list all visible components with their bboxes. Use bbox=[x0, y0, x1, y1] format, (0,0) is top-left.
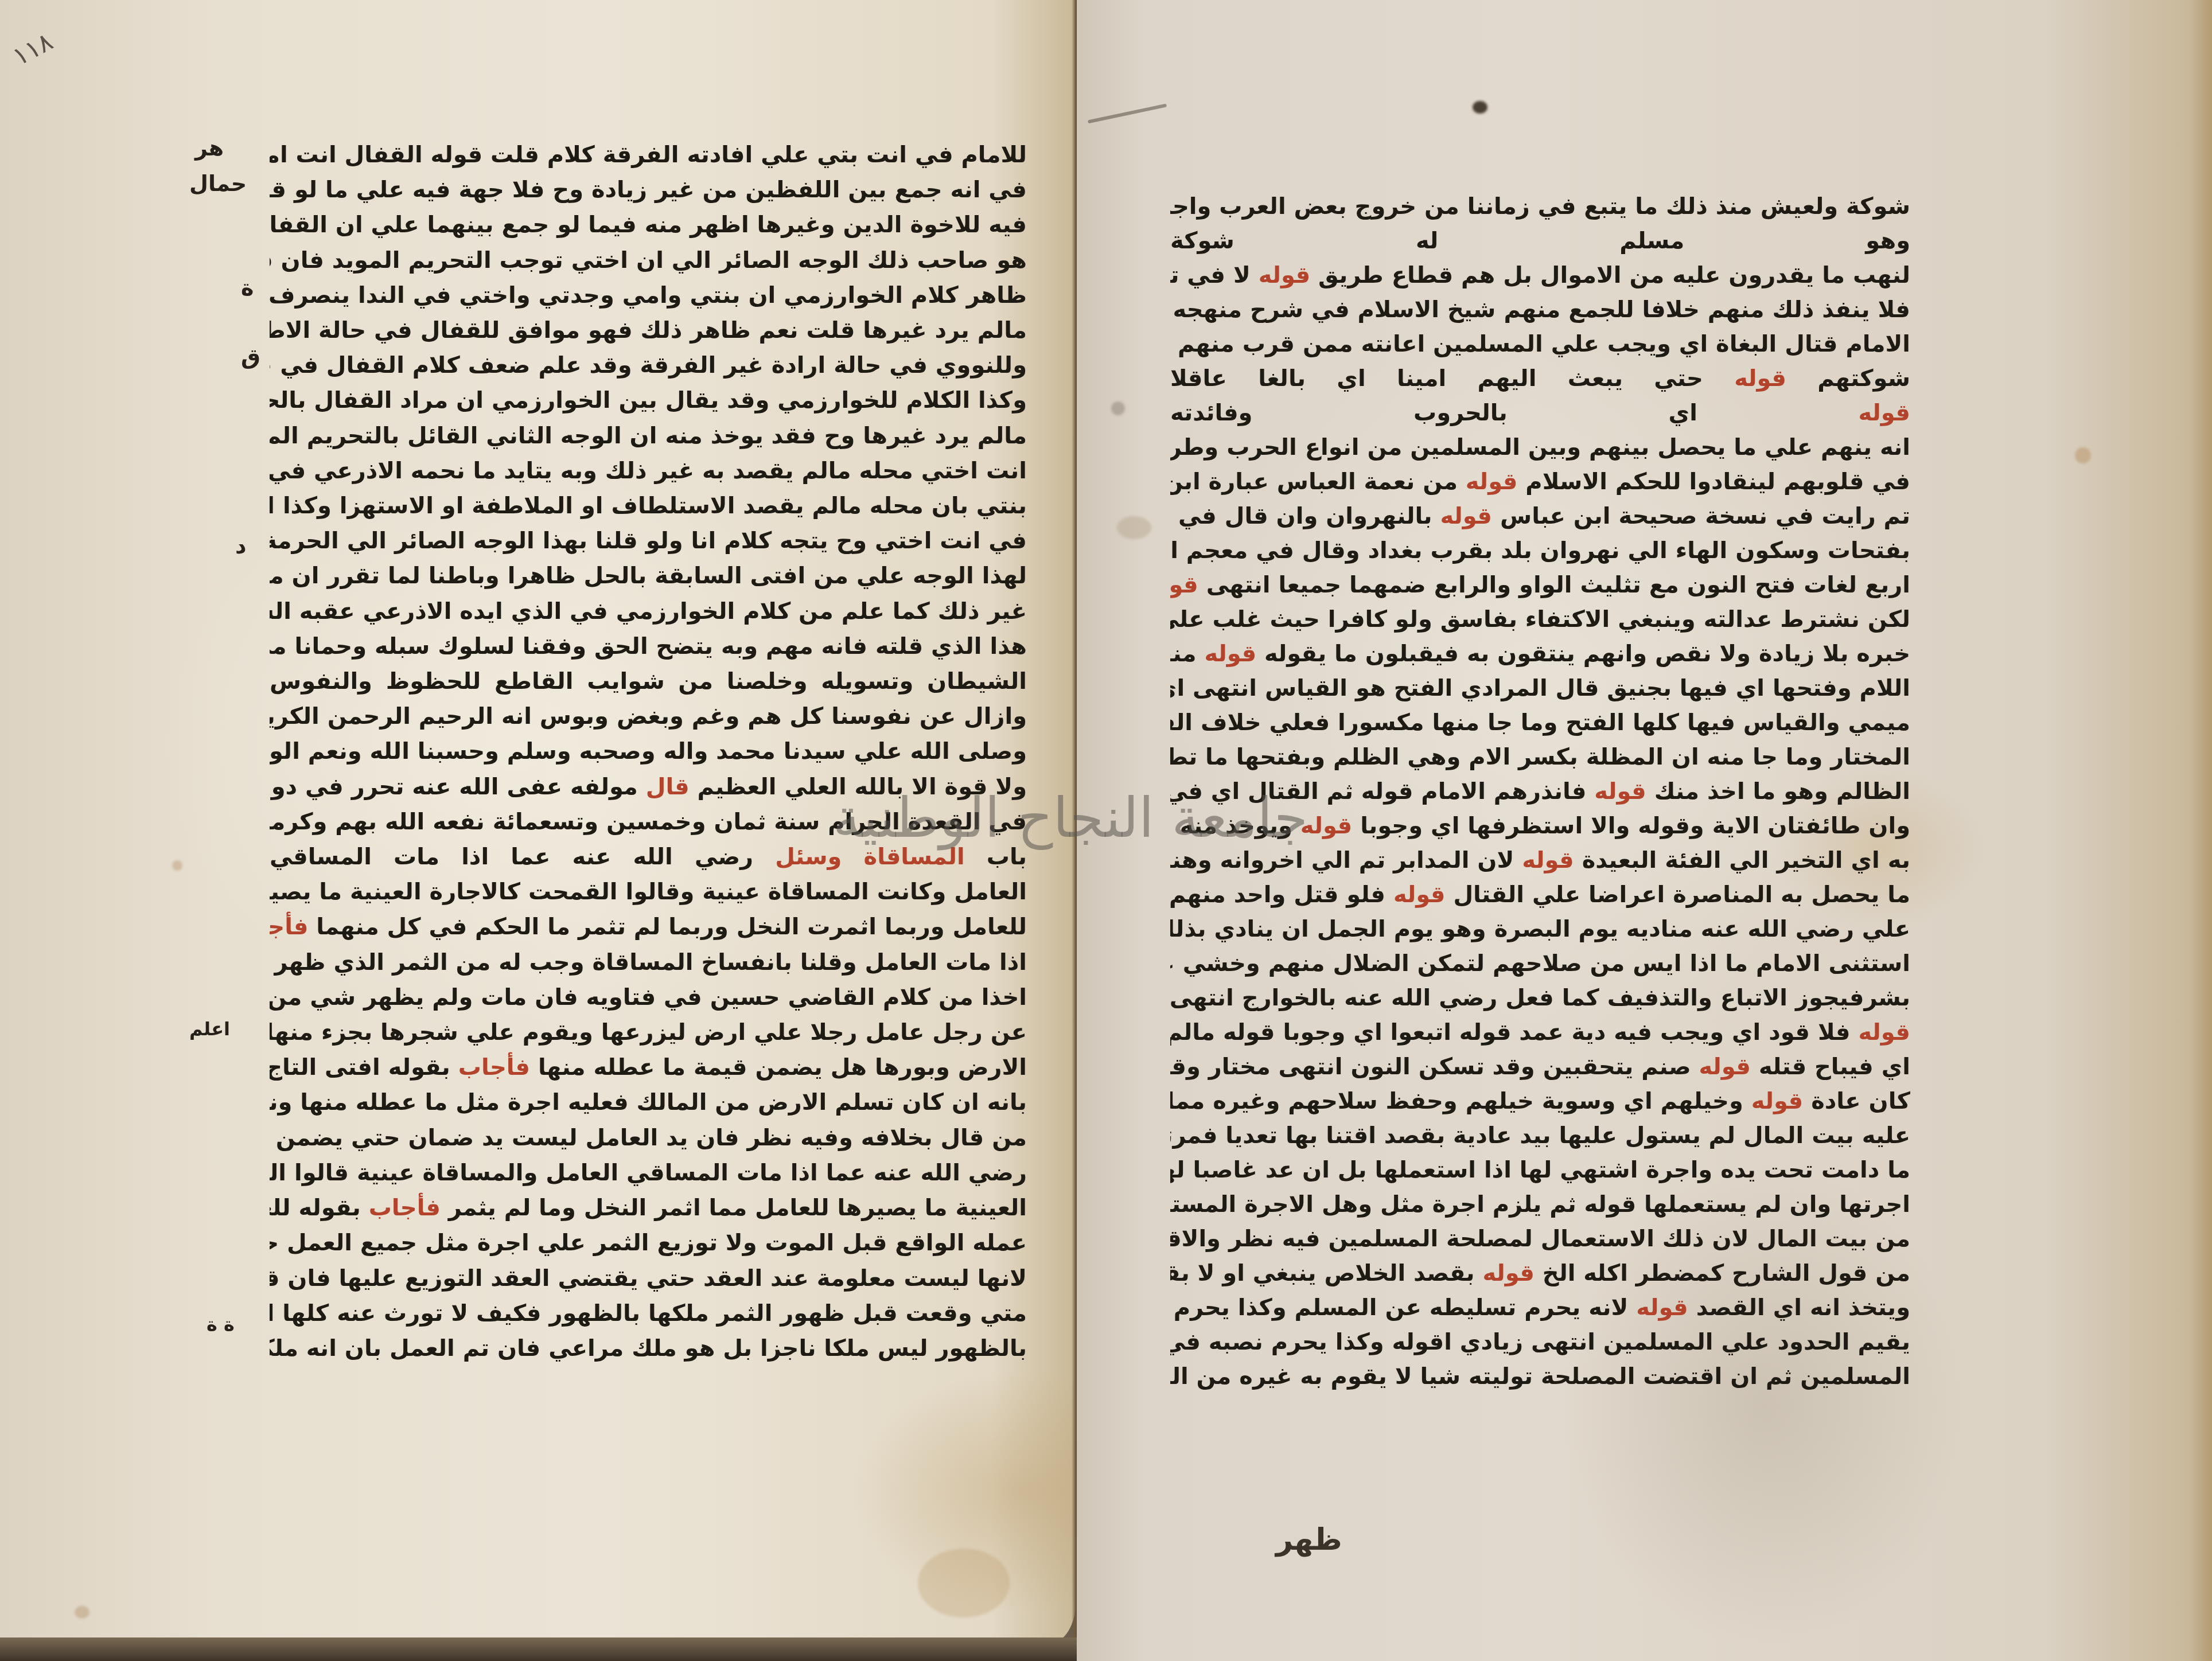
water-stain bbox=[918, 1549, 1010, 1617]
rubric-keyword: قوله bbox=[1743, 1088, 1803, 1114]
manuscript-line: هو صاحب ذلك الوجه الصائر الي ان اختي توج… bbox=[270, 243, 1027, 278]
manuscript-line: مالم يرد غيرها قلت نعم ظاهر ذلك فهو مواف… bbox=[270, 313, 1027, 348]
line-text: اذا مات العامل وقلنا بانفساخ المساقاة وج… bbox=[270, 949, 1027, 976]
margin-note: د bbox=[235, 533, 247, 559]
manuscript-line: شوكة ولعيش منذ ذلك ما يتبع في زماننا من … bbox=[1170, 189, 1910, 224]
rubric-keyword: قوله bbox=[1703, 365, 1786, 392]
verso-marker: ظهر bbox=[1276, 1523, 1342, 1557]
manuscript-line: علي رضي الله عنه مناديه يوم البصرة وهو ي… bbox=[1170, 912, 1910, 946]
manuscript-line: قوله اي بالحروب وفائدته bbox=[1170, 396, 1910, 430]
line-text: اربع لغات فتح النون مع تثليث الواو والرا… bbox=[1198, 572, 1910, 598]
rubric-keyword: قوله bbox=[1458, 469, 1517, 495]
line-text: المسلمين ثم ان اقتضت المصلحة توليته شيا … bbox=[1170, 1363, 1910, 1390]
line-text: لانه يحرم تسليطه عن المسلم وكذا يحرم جعل… bbox=[1170, 1295, 1628, 1321]
manuscript-line: شوكتهم قوله حتي يبعث اليهم امينا اي بالغ… bbox=[1170, 361, 1910, 396]
line-text: قوله القفال انت امي انت احق ظا bbox=[270, 142, 482, 168]
line-text: لهذا الوجه علي من افتى السابقة بالحل ظاه… bbox=[270, 563, 1027, 589]
line-text: بقوله للعامل اجرة مثل bbox=[270, 1195, 361, 1221]
manuscript-line: اخذا من كلام القاضي حسين في فتاويه فان م… bbox=[270, 980, 1027, 1015]
line-text: ميمي والقياس فيها كلها الفتح وما جا منها… bbox=[1170, 709, 1910, 736]
line-text: مالم يرد غيرها قلت bbox=[799, 317, 1027, 344]
rubric-keyword: قوله bbox=[1251, 262, 1310, 288]
manuscript-line: ما يحصل به المناصرة اعراضا علي القتال قو… bbox=[1170, 878, 1910, 912]
rubric-keyword: قوله bbox=[1197, 641, 1256, 667]
manuscript-line: بشرفيجوز الاتباع والتذفيف كما فعل رضي ال… bbox=[1170, 981, 1910, 1015]
manuscript-line: الارض وبورها هل يضمن قيمة ما عطله منها ف… bbox=[270, 1050, 1027, 1085]
line-text: فلا ينفذ ذلك منهم خلافا للجمع منهم شيخ ا… bbox=[1170, 297, 1910, 323]
line-text: وهو مسلم له شوكة bbox=[1170, 228, 1910, 254]
line-text: لنهب ما يقدرون عليه من الاموال بل هم قطا… bbox=[1310, 262, 1910, 288]
manuscript-line: المختار وما جا منه ان المظلة بكسر الام و… bbox=[1170, 740, 1910, 774]
line-text: يقيم الحدود علي المسلمين انتهى زيادي اقو… bbox=[1170, 1329, 1910, 1355]
manuscript-line: عمله الواقع قبل الموت ولا توزيع الثمر عل… bbox=[270, 1226, 1027, 1261]
rubric-keyword: فأجاب bbox=[270, 914, 308, 940]
line-text: رضي الله عنه عما اذا مات المساقي bbox=[270, 844, 753, 870]
manuscript-line: في قلوبهم لينقادوا للحكم الاسلام قوله من… bbox=[1170, 465, 1910, 499]
manuscript-line: خبره بلا زيادة ولا نقص وانهم ينتقون به ف… bbox=[1170, 637, 1910, 671]
line-text: غير ذلك كما علم من كلام الخوارزمي في الذ… bbox=[270, 598, 1027, 625]
line-text: وخيلهم اي وسوية خيلهم وحفظ سلاحهم وغيره … bbox=[1170, 1088, 1743, 1114]
margin-note: ة ة bbox=[207, 1313, 235, 1335]
line-text: هذا الذي قلته فانه مهم وبه يتضح الحق وفق… bbox=[270, 633, 1027, 660]
line-text: هو صاحب ذلك الوجه الصائر الي ان اختي توج… bbox=[270, 247, 1027, 274]
manuscript-line: اللام وفتحها اي فيها بجنيق قال المرادي ا… bbox=[1170, 671, 1910, 705]
manuscript-line: مالم يرد غيرها وح فقد يوخذ منه ان الوجه … bbox=[270, 419, 1027, 454]
manuscript-line: قوله فلا قود اي ويجب فيه دية عمد قوله ات… bbox=[1170, 1015, 1910, 1050]
paper-stain bbox=[1111, 401, 1125, 415]
ink-spot bbox=[1473, 101, 1487, 114]
manuscript-line: في انه جمع بين اللفظين من غير زيادة وح ف… bbox=[270, 173, 1027, 208]
margin-note: اعلم bbox=[189, 1018, 230, 1040]
line-text: لان المدابر تم الي اخروانه وهنا المعطي bbox=[1170, 847, 1514, 874]
line-text: وللنووي في حالة ارادة غير الفرقة وقد علم… bbox=[270, 352, 1027, 379]
manuscript-line: من قول الشارح كمضطر اكله الخ قوله بقصد ا… bbox=[1170, 1256, 1910, 1290]
manuscript-line: وهو مسلم له شوكة bbox=[1170, 224, 1910, 258]
line-text: حتي يبعث اليهم امينا اي بالغا عاقلا bbox=[1170, 365, 1703, 392]
line-text: العامل وكانت المساقاة عينية وقالوا القمح… bbox=[270, 879, 1027, 905]
line-text: الارض وبورها هل يضمن قيمة ما عطله منها bbox=[530, 1054, 1027, 1081]
manuscript-line: لنهب ما يقدرون عليه من الاموال بل هم قطا… bbox=[1170, 258, 1910, 293]
line-text: لكن نشترط عدالته وينبغي الاكتفاء بفاسق و… bbox=[1170, 606, 1910, 633]
manuscript-line: يقيم الحدود علي المسلمين انتهى زيادي اقو… bbox=[1170, 1325, 1910, 1359]
rubric-keyword: فأجاب bbox=[450, 1054, 530, 1081]
manuscript-line: ويتخذ انه اي القصد قوله لانه يحرم تسليطه… bbox=[1170, 1290, 1910, 1325]
manuscript-line: بانه ان كان تسلم الارض من المالك فعليه ا… bbox=[270, 1085, 1027, 1120]
line-text: للعامل وربما اثمرت النخل وربما لم تثمر م… bbox=[308, 914, 1027, 940]
manuscript-line: وكذا الكلام للخوارزمي وقد يقال بين الخوا… bbox=[270, 383, 1027, 418]
manuscript-line: اذا مات العامل وقلنا بانفساخ المساقاة وج… bbox=[270, 945, 1027, 980]
line-text: بفتحات وسكون الهاء الي نهروان بلد بقرب ب… bbox=[1170, 537, 1910, 564]
line-text: فلا قود اي ويجب فيه دية عمد قوله اتبعوا … bbox=[1170, 1019, 1851, 1046]
manuscript-line: وللنووي في حالة ارادة غير الفرقة وقد علم… bbox=[270, 348, 1027, 383]
rubric-keyword: قال bbox=[638, 774, 690, 800]
manuscript-line: اجرتها وان لم يستعملها قوله ثم يلزم اجرة… bbox=[1170, 1187, 1910, 1222]
line-text: العينية ما يصيرها للعامل مما اثمر النخل … bbox=[441, 1195, 1027, 1221]
manuscript-spread: ١١٨ هر حمال ة ق د اعلم ة ة للامام في انت… bbox=[0, 0, 2212, 1661]
manuscript-line: ظاهر كلام الخوارزمي ان بنتي وامي وجدتي و… bbox=[270, 278, 1027, 313]
manuscript-line: ميمي والقياس فيها كلها الفتح وما جا منها… bbox=[1170, 705, 1910, 740]
line-text: بالظهور ليس ملكا ناجزا بل هو ملك مراعي ف… bbox=[270, 1335, 1027, 1362]
line-text: لا في تنفيذ قضايا اي bbox=[1170, 262, 1251, 288]
page-edge-shadow bbox=[0, 1637, 1077, 1661]
line-text: فلو قتل واحد منهم عمدا ولذا امر bbox=[1170, 882, 1385, 908]
line-text: خبره بلا زيادة ولا نقص وانهم ينتقون به ف… bbox=[1256, 641, 1910, 667]
rubric-keyword: قوله bbox=[1697, 400, 1910, 426]
manuscript-line: اربع لغات فتح النون مع تثليث الواو والرا… bbox=[1170, 568, 1910, 602]
left-page-text: للامام في انت بتي علي افادته الفرقة كلام… bbox=[270, 138, 1027, 1366]
line-text: استثنى الامام ما اذا ايس من صلاحهم لتمكن… bbox=[1170, 950, 1910, 977]
line-text: مولفه عفى الله عنه تحرر في دون بوبين bbox=[270, 774, 638, 800]
line-text: في قلوبهم لينقادوا للحكم الاسلام bbox=[1517, 469, 1910, 495]
manuscript-line: في انت اختي وح يتجه كلام انا ولو قلنا به… bbox=[270, 524, 1027, 559]
line-text: بشرفيجوز الاتباع والتذفيف كما فعل رضي ال… bbox=[1170, 985, 1910, 1011]
line-text: عمله الواقع قبل الموت ولا توزيع الثمر عل… bbox=[270, 1230, 1027, 1256]
line-text: الامام قتال البغاة اي ويجب علي المسلمين … bbox=[1170, 331, 1910, 357]
line-text: ويتخذ انه اي القصد bbox=[1688, 1295, 1910, 1321]
manuscript-line: الامام قتال البغاة اي ويجب علي المسلمين … bbox=[1170, 327, 1910, 361]
line-text: شوكتهم bbox=[1786, 365, 1910, 392]
manuscript-line: للامام في انت بتي علي افادته الفرقة كلام… bbox=[270, 138, 1027, 173]
margin-note: ة bbox=[241, 275, 254, 301]
line-text: شوكة ولعيش منذ ذلك ما يتبع في زماننا من … bbox=[1170, 193, 1910, 220]
line-text: الشيطان وتسويله وخلصنا من شوايب القاطع ل… bbox=[270, 668, 1027, 695]
manuscript-line: فلا ينفذ ذلك منهم خلافا للجمع منهم شيخ ا… bbox=[1170, 293, 1910, 327]
line-text: كان عادة bbox=[1803, 1088, 1910, 1114]
manuscript-line: العينية ما يصيرها للعامل مما اثمر النخل … bbox=[270, 1191, 1027, 1226]
line-text: رضي الله عنه عما اذا مات المساقي العامل … bbox=[270, 1160, 1027, 1186]
line-text: للامام في انت بتي علي افادته الفرقة كلام… bbox=[482, 142, 1027, 168]
line-text: في انت اختي وح يتجه كلام انا ولو قلنا به… bbox=[270, 528, 1027, 554]
manuscript-line: لهذا الوجه علي من افتى السابقة بالحل ظاه… bbox=[270, 559, 1027, 594]
line-text: وصلى الله علي سيدنا محمد واله وصحبه وسلم… bbox=[270, 738, 1027, 765]
line-text: اي بالحروب وفائدته bbox=[1170, 400, 1697, 426]
manuscript-line: استثنى الامام ما اذا ايس من صلاحهم لتمكن… bbox=[1170, 946, 1910, 981]
margin-note: حمال bbox=[189, 171, 247, 196]
line-text: بقصد الخلاص ينبغي او لا بقصد رقوله bbox=[1170, 1260, 1474, 1286]
paper-stain bbox=[1117, 516, 1151, 539]
line-text: تم رايت في نسخة صحيحة ابن عباس bbox=[1492, 503, 1910, 529]
paper-stain bbox=[75, 1606, 89, 1619]
manuscript-line: بنتي بان محله مالم يقصد الاستلطاف او الم… bbox=[270, 489, 1027, 524]
rubric-keyword: قوله bbox=[1432, 503, 1492, 529]
line-text: به اي التخير الي الفئة البعيدة bbox=[1574, 847, 1910, 874]
line-text: ما دامت تحت يده واجرة اشتهي لها اذا استع… bbox=[1170, 1157, 1910, 1183]
line-text: من بيت المال لان ذلك الاستعمال لمصلحة ال… bbox=[1170, 1226, 1910, 1252]
line-text: وازال عن نفوسنا كل هم وغم وبغض وبوس bbox=[532, 703, 1027, 730]
manuscript-line: انت اختي محله مالم يقصد به غير ذلك وبه ي… bbox=[270, 454, 1027, 489]
line-text: عن رجل عامل رجلا علي ارض ليزرعها ويقوم ع… bbox=[270, 1019, 1027, 1046]
line-text: المختار وما جا منه ان المظلة بكسر الام و… bbox=[1170, 744, 1910, 770]
line-text: عليه بيت المال لم يستول عليها بيد عادية … bbox=[1170, 1122, 1910, 1149]
rubric-keyword: قوله bbox=[1691, 1054, 1751, 1080]
line-text: انه الرحيم الرحمن الكريم المنان bbox=[270, 703, 532, 730]
line-text: لانها ليست معلومة عند العقد حتي يقتضي ال… bbox=[270, 1265, 1027, 1292]
line-text: بقوله افتى التاج الفزاري bbox=[270, 1054, 450, 1081]
line-text: وان طائفتان الاية وقوله والا استظرفها اي… bbox=[1352, 813, 1910, 839]
manuscript-line: عليه بيت المال لم يستول عليها بيد عادية … bbox=[1170, 1118, 1910, 1153]
line-text: بالنهروان وان قال في لب اللباب النهرواني… bbox=[1170, 503, 1432, 529]
line-text: علي رضي الله عنه مناديه يوم البصرة وهو ي… bbox=[1170, 916, 1910, 942]
manuscript-line: كان عادة قوله وخيلهم اي وسوية خيلهم وحفظ… bbox=[1170, 1084, 1910, 1118]
line-text: اجرتها وان لم يستعملها قوله ثم يلزم اجرة… bbox=[1170, 1191, 1910, 1218]
manuscript-line: من قال بخلافه وفيه نظر فان يد العامل ليس… bbox=[270, 1121, 1027, 1156]
line-text: منقلة بكسر الحكيم bbox=[1170, 641, 1197, 667]
line-text: من نعمة العباس عبارة ابن حجر ابن عباس bbox=[1170, 469, 1458, 495]
manuscript-line: الشيطان وتسويله وخلصنا من شوايب القاطع ل… bbox=[270, 664, 1027, 699]
line-text: من قول الشارح كمضطر اكله الخ bbox=[1535, 1260, 1910, 1286]
margin-note: ق bbox=[241, 344, 260, 369]
manuscript-line: هذا الذي قلته فانه مهم وبه يتضح الحق وفق… bbox=[270, 629, 1027, 664]
line-text: ما يحصل به المناصرة اعراضا علي القتال bbox=[1445, 882, 1910, 908]
manuscript-line: غير ذلك كما علم من كلام الخوارزمي في الذ… bbox=[270, 594, 1027, 629]
line-text: بانه ان كان تسلم الارض من المالك فعليه ا… bbox=[270, 1089, 1027, 1116]
manuscript-line: رضي الله عنه عما اذا مات المساقي العامل … bbox=[270, 1156, 1027, 1191]
manuscript-line: متي وقعت قبل ظهور الثمر ملكها بالظهور فك… bbox=[270, 1296, 1027, 1331]
manuscript-line: عن رجل عامل رجلا علي ارض ليزرعها ويقوم ع… bbox=[270, 1015, 1027, 1050]
line-text: متي وقعت قبل ظهور الثمر ملكها بالظهور فك… bbox=[270, 1300, 1027, 1327]
manuscript-line: من بيت المال لان ذلك الاستعمال لمصلحة ال… bbox=[1170, 1222, 1910, 1256]
line-text: اللام وفتحها اي فيها بجنيق قال المرادي ا… bbox=[1170, 675, 1910, 701]
rubric-keyword: قوله bbox=[1474, 1260, 1534, 1286]
library-watermark: جامعة النجاح الوطنية bbox=[929, 786, 1308, 850]
margin-note: هر bbox=[195, 135, 224, 161]
line-text: بنتي بان محله مالم يقصد الاستلطاف او الم… bbox=[270, 493, 1027, 519]
line-text: اي فيباح قتله bbox=[1751, 1054, 1910, 1080]
line-text: الظالم وهو ما اخذ منك bbox=[1646, 778, 1910, 805]
line-text: فيه للاخوة الدين وغيرها اظهر منه فيما لو… bbox=[270, 212, 1027, 238]
paper-stain bbox=[2075, 447, 2091, 463]
paper-stain bbox=[172, 860, 182, 871]
rubric-keyword: قوله bbox=[1170, 572, 1198, 598]
manuscript-line: لكن نشترط عدالته وينبغي الاكتفاء بفاسق و… bbox=[1170, 602, 1910, 637]
manuscript-line: العامل وكانت المساقاة عينية وقالوا القمح… bbox=[270, 875, 1027, 910]
rubric-keyword: فأجاب bbox=[361, 1195, 441, 1221]
manuscript-line: للعامل وربما اثمرت النخل وربما لم تثمر م… bbox=[270, 910, 1027, 945]
manuscript-line: لانها ليست معلومة عند العقد حتي يقتضي ال… bbox=[270, 1261, 1027, 1296]
rubric-keyword: قوله bbox=[1851, 1019, 1910, 1046]
rubric-keyword: قوله bbox=[1628, 1295, 1688, 1321]
manuscript-line: المسلمين ثم ان اقتضت المصلحة توليته شيا … bbox=[1170, 1359, 1910, 1394]
manuscript-line: ما دامت تحت يده واجرة اشتهي لها اذا استع… bbox=[1170, 1153, 1910, 1187]
manuscript-line: اي فيباح قتله قوله صنم يتحقبين وقد تسكن … bbox=[1170, 1050, 1910, 1084]
manuscript-line: تم رايت في نسخة صحيحة ابن عباس قوله بالن… bbox=[1170, 499, 1910, 533]
manuscript-line: انه ينهم علي ما يحصل بينهم وبين المسلمين… bbox=[1170, 430, 1910, 465]
line-text: من قال بخلافه وفيه نظر فان يد العامل ليس… bbox=[270, 1125, 1027, 1151]
rubric-keyword: قوله bbox=[1586, 778, 1646, 805]
line-text: انت اختي محله مالم يقصد به غير ذلك وبه ي… bbox=[270, 458, 1027, 484]
line-text: ظاهر كلام الخوارزمي ان بنتي وامي وجدتي و… bbox=[270, 282, 1027, 309]
rubric-keyword: قوله bbox=[1514, 847, 1574, 874]
line-text: في انه جمع بين اللفظين من غير زيادة وح ف… bbox=[270, 177, 1027, 203]
manuscript-line: بفتحات وسكون الهاء الي نهروان بلد بقرب ب… bbox=[1170, 533, 1910, 568]
line-text: اخذا من كلام القاضي حسين في فتاويه فان م… bbox=[270, 984, 1027, 1011]
line-text: نعم ظاهر ذلك فهو موافق للقفال في حالة ال… bbox=[270, 317, 799, 344]
folio-number: ١١٨ bbox=[8, 27, 58, 72]
manuscript-line: وازال عن نفوسنا كل هم وغم وبغض وبوس انه … bbox=[270, 699, 1027, 734]
manuscript-line: بالظهور ليس ملكا ناجزا بل هو ملك مراعي ف… bbox=[270, 1331, 1027, 1366]
line-text: صنم يتحقبين وقد تسكن النون انتهى مختار و… bbox=[1170, 1054, 1691, 1080]
manuscript-line: وصلى الله علي سيدنا محمد واله وصحبه وسلم… bbox=[270, 734, 1027, 769]
line-text: وكذا الكلام للخوارزمي وقد يقال بين الخوا… bbox=[270, 387, 1027, 414]
rubric-keyword: قوله bbox=[1385, 882, 1445, 908]
manuscript-line: فيه للاخوة الدين وغيرها اظهر منه فيما لو… bbox=[270, 208, 1027, 243]
line-text: انه ينهم علي ما يحصل بينهم وبين المسلمين… bbox=[1170, 434, 1910, 461]
line-text: مالم يرد غيرها وح فقد يوخذ منه ان الوجه … bbox=[270, 423, 1027, 449]
